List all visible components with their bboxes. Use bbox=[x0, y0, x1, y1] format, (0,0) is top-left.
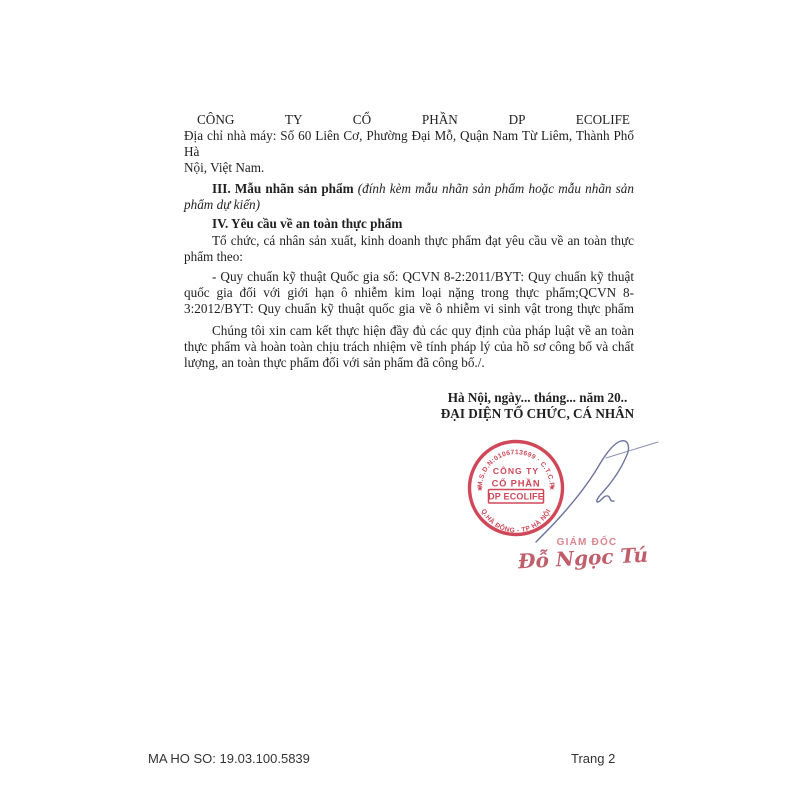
paragraph1-line1: Tổ chức, cá nhân sản xuất, kinh doanh th… bbox=[184, 233, 634, 249]
section-iii-note-l1: (đính kèm mẫu nhãn sản phẩm hoặc mẫu nhã… bbox=[358, 181, 634, 196]
document-body: CÔNG TY CỔ PHẦN DP ECOLIFE Địa chỉ nhà m… bbox=[184, 112, 634, 371]
date-place-line: Hà Nội, ngày... tháng... năm 20.. bbox=[400, 390, 675, 406]
signature-upper-stroke bbox=[606, 442, 658, 458]
seal-arc-bottom-text: Q.HÀ ĐÔNG - TP HÀ NỘI bbox=[479, 508, 552, 535]
paragraph2-line1: - Quy chuẩn kỹ thuật Quốc gia số: QCVN 8… bbox=[184, 269, 634, 285]
page-number: Trang 2 bbox=[571, 751, 615, 766]
section-iii-note-l2: phẩm dự kiến) bbox=[184, 197, 634, 213]
seal-star-left-icon: ★ bbox=[476, 484, 483, 493]
company-seal-icon: M.S.D.N:0106713699 · C.T.C.P Q.HÀ ĐÔNG -… bbox=[470, 442, 563, 535]
factory-address-line1: Địa chỉ nhà máy: Số 60 Liên Cơ, Phường Đ… bbox=[184, 128, 634, 160]
dossier-code: MA HO SO: 19.03.100.5839 bbox=[148, 751, 310, 766]
factory-address-line2: Nội, Việt Nam. bbox=[184, 160, 634, 176]
company-name-line: CÔNG TY CỔ PHẦN DP ECOLIFE bbox=[184, 112, 634, 128]
paragraph3-line2: thực phẩm và hoàn toàn chịu trách nhiệm … bbox=[184, 339, 634, 355]
section-iii-title: III. Mẫu nhãn sản phẩm bbox=[212, 181, 358, 196]
paragraph3-line3: lượng, an toàn thực phẩm đối với sản phẩ… bbox=[184, 355, 634, 371]
paragraph3-line1: Chúng tôi xin cam kết thực hiện đầy đủ c… bbox=[184, 323, 634, 339]
paragraph1-line2: phẩm theo: bbox=[184, 249, 634, 265]
paragraph2-line2: quốc gia đối với giới hạn ô nhiễm kim lo… bbox=[184, 285, 634, 301]
paragraph2-line3: 3:2012/BYT: Quy chuẩn kỹ thuật quốc gia … bbox=[184, 301, 634, 317]
seal-company-line1: CÔNG TY bbox=[493, 465, 539, 476]
svg-text:Q.HÀ ĐÔNG - TP HÀ NỘI: Q.HÀ ĐÔNG - TP HÀ NỘI bbox=[479, 508, 552, 535]
signature-block-header: Hà Nội, ngày... tháng... năm 20.. ĐẠI DI… bbox=[400, 390, 675, 422]
seal-company-line3: DP ECOLIFE bbox=[488, 492, 544, 502]
section-iv-heading: IV. Yêu cầu về an toàn thực phẩm bbox=[184, 216, 634, 232]
section-iii-heading: III. Mẫu nhãn sản phẩm (đính kèm mẫu nhã… bbox=[184, 181, 634, 197]
seal-star-right-icon: ★ bbox=[548, 483, 555, 492]
seal-company-line2: CỔ PHẦN bbox=[492, 478, 541, 489]
